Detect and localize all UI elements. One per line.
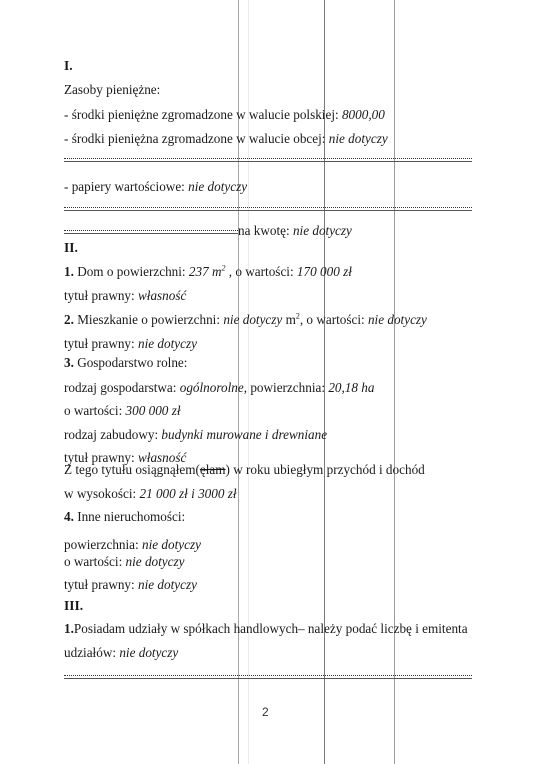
page-number: 2 (262, 705, 269, 719)
dotted-rule (64, 230, 238, 234)
field-value: nie dotyczy (138, 336, 197, 351)
other-value-row: o wartości: nie dotyczy (64, 554, 184, 570)
field-value: ogólnorolne (180, 380, 244, 395)
other-area-row: powierzchnia: nie dotyczy (64, 537, 201, 553)
field-value: własność (138, 288, 186, 303)
field-label: ) w roku ubiegłym przychód i dochód (226, 462, 425, 477)
field-label: o wartości: (64, 403, 126, 418)
field-label: tytuł prawny: (64, 577, 138, 592)
field-label: Dom o powierzchni: (74, 264, 189, 279)
field-value: nie dotyczy (138, 577, 197, 592)
field-label: - środki pieniężne zgromadzone w walucie… (64, 107, 342, 122)
field-value: nie dotyczy (293, 223, 352, 238)
field-value: 21 000 zł i 3000 zł (139, 486, 236, 501)
field-value: nie dotyczy (142, 537, 201, 552)
field-value: nie dotyczy (368, 312, 427, 327)
field-value: 170 000 zł (297, 264, 352, 279)
income-row: Z tego tytułu osiągnąłem(ęłam) w roku ub… (64, 462, 425, 478)
securities-row: - papiery wartościowe: nie dotyczy (64, 179, 247, 195)
shares-value-row: udziałów: nie dotyczy (64, 645, 178, 661)
field-label: Mieszkanie o powierzchni: (74, 312, 223, 327)
field-value: nie dotyczy (188, 179, 247, 194)
field-label: - papiery wartościowe: (64, 179, 188, 194)
field-label: rodzaj zabudowy: (64, 427, 161, 442)
field-label: tytuł prawny: (64, 288, 138, 303)
field-label: Gospodarstwo rolne: (74, 355, 188, 370)
field-label: , o wartości: (300, 312, 368, 327)
farm-value-row: o wartości: 300 000 zł (64, 403, 180, 419)
field-label: - środki pieniężna zgromadzone w walucie… (64, 131, 329, 146)
house-title-row: tytuł prawny: własność (64, 288, 186, 304)
field-value: budynki murowane i drewniane (161, 427, 327, 442)
farm-build-row: rodzaj zabudowy: budynki murowane i drew… (64, 427, 327, 443)
flat-row: 2. Mieszkanie o powierzchni: nie dotyczy… (64, 312, 427, 328)
item-number: 1. (64, 264, 74, 279)
field-label: udziałów: (64, 645, 119, 660)
item-number: 1. (64, 621, 74, 636)
pln-funds-row: - środki pieniężne zgromadzone w walucie… (64, 107, 385, 123)
field-label: na kwotę: (238, 223, 293, 238)
strikethrough-text: ęłam (200, 462, 226, 477)
scan-artifact-line (394, 0, 395, 764)
field-value: 300 000 zł (126, 403, 181, 418)
item-number: 3. (64, 355, 74, 370)
dotted-rule (64, 158, 472, 162)
section-heading: III. (64, 598, 83, 614)
field-value: 8000,00 (342, 107, 385, 122)
section-heading: I. (64, 58, 73, 74)
field-value: nie dotyczy (329, 131, 388, 146)
shares-row: 1.Posiadam udziały w spółkach handlowych… (64, 621, 468, 637)
field-value: nie dotyczy (119, 645, 178, 660)
income-amount-row: w wysokości: 21 000 zł i 3000 zł (64, 486, 237, 502)
dotted-rule (64, 207, 472, 211)
section-heading: II. (64, 240, 78, 256)
item-number: 2. (64, 312, 74, 327)
unit: m (282, 312, 296, 327)
field-value: nie dotyczy (223, 312, 282, 327)
field-label: , powierzchnia: (244, 380, 329, 395)
field-label: Posiadam udziały w spółkach handlowych– … (74, 621, 468, 636)
farm-type-row: rodzaj gospodarstwa: ogólnorolne, powier… (64, 380, 374, 396)
foreign-funds-row: - środki pieniężna zgromadzone w walucie… (64, 131, 388, 147)
field-label: Z tego tytułu osiągnąłem( (64, 462, 200, 477)
other-title-row: tytuł prawny: nie dotyczy (64, 577, 197, 593)
section-title: Zasoby pieniężne: (64, 82, 160, 98)
field-label: , o wartości: (226, 264, 297, 279)
dotted-rule (64, 675, 472, 679)
item-number: 4. (64, 509, 74, 524)
field-label: powierzchnia: (64, 537, 142, 552)
flat-title-row: tytuł prawny: nie dotyczy (64, 336, 197, 352)
field-label: Inne nieruchomości: (74, 509, 185, 524)
field-label: w wysokości: (64, 486, 139, 501)
farm-row: 3. Gospodarstwo rolne: (64, 355, 187, 371)
field-label: o wartości: (64, 554, 126, 569)
house-row: 1. Dom o powierzchni: 237 m2 , o wartośc… (64, 264, 352, 280)
amount-row: na kwotę: nie dotyczy (238, 223, 352, 239)
field-value: 237 m (189, 264, 222, 279)
field-value: 20,18 ha (328, 380, 374, 395)
field-value: nie dotyczy (126, 554, 185, 569)
field-label: tytuł prawny: (64, 336, 138, 351)
other-row: 4. Inne nieruchomości: (64, 509, 185, 525)
field-label: rodzaj gospodarstwa: (64, 380, 180, 395)
